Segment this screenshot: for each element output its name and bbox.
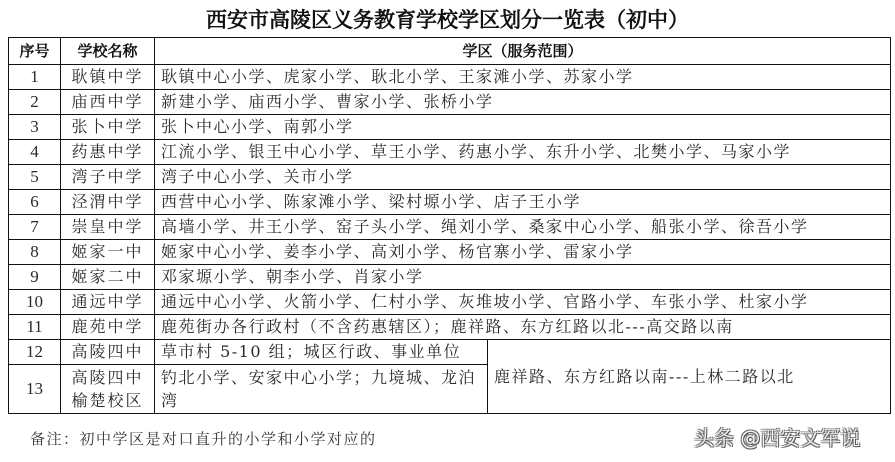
service-range: 草市村 5-10 组；城区行政、事业单位	[155, 340, 488, 365]
footnote: 备注：初中学区是对口直升的小学和小学对应的	[30, 428, 377, 449]
table-row: 5 湾子中学 湾子中心小学、关市小学	[9, 165, 891, 190]
row-number: 5	[9, 165, 61, 190]
row-number: 9	[9, 265, 61, 290]
table-row: 7 崇皇中学 高墙小学、井王小学、窑子头小学、绳刘小学、桑家中心小学、船张小学、…	[9, 215, 891, 240]
merged-service-range: 鹿祥路、东方红路以南---上林二路以北	[488, 340, 891, 414]
table-header-row: 序号 学校名称 学区（服务范围）	[9, 38, 891, 65]
school-name: 耿镇中学	[61, 65, 155, 90]
school-name: 通远中学	[61, 290, 155, 315]
school-name: 姬家二中	[61, 265, 155, 290]
table-row: 12 高陵四中 草市村 5-10 组；城区行政、事业单位 鹿祥路、东方红路以南-…	[9, 340, 891, 365]
service-range: 钓北小学、安家中心小学；九境城、龙泊湾	[155, 365, 488, 414]
school-name: 姬家一中	[61, 240, 155, 265]
row-number: 7	[9, 215, 61, 240]
row-number: 11	[9, 315, 61, 340]
school-name: 庙西中学	[61, 90, 155, 115]
school-name: 高陵四中	[61, 340, 155, 365]
school-name: 崇皇中学	[61, 215, 155, 240]
table-row: 2 庙西中学 新建小学、庙西小学、曹家小学、张桥小学	[9, 90, 891, 115]
table-row: 11 鹿苑中学 鹿苑街办各行政村（不含药惠辖区）；鹿祥路、东方红路以北---高交…	[9, 315, 891, 340]
service-range: 通远中心小学、火箭小学、仁村小学、灰堆坡小学、官路小学、车张小学、杜家小学	[155, 290, 891, 315]
watermark: 头条 @西安文军说	[694, 422, 860, 451]
row-number: 6	[9, 190, 61, 215]
service-range: 张卜中心小学、南郭小学	[155, 115, 891, 140]
table-row: 10 通远中学 通远中心小学、火箭小学、仁村小学、灰堆坡小学、官路小学、车张小学…	[9, 290, 891, 315]
row-number: 12	[9, 340, 61, 365]
table-row: 3 张卜中学 张卜中心小学、南郭小学	[9, 115, 891, 140]
page-title: 西安市高陵区义务教育学校学区划分一览表（初中）	[0, 4, 895, 34]
table-row: 1 耿镇中学 耿镇中心小学、虎家小学、耿北小学、王家滩小学、苏家小学	[9, 65, 891, 90]
header-service-range: 学区（服务范围）	[155, 38, 891, 65]
table-row: 4 药惠中学 江流小学、银王中心小学、草王小学、药惠小学、东升小学、北樊小学、马…	[9, 140, 891, 165]
header-number: 序号	[9, 38, 61, 65]
row-number: 2	[9, 90, 61, 115]
service-range: 湾子中心小学、关市小学	[155, 165, 891, 190]
service-range: 高墙小学、井王小学、窑子头小学、绳刘小学、桑家中心小学、船张小学、徐吾小学	[155, 215, 891, 240]
service-range: 新建小学、庙西小学、曹家小学、张桥小学	[155, 90, 891, 115]
row-number: 10	[9, 290, 61, 315]
service-range: 江流小学、银王中心小学、草王小学、药惠小学、东升小学、北樊小学、马家小学	[155, 140, 891, 165]
service-range: 邓家塬小学、朝李小学、肖家小学	[155, 265, 891, 290]
service-range: 西营中心小学、陈家滩小学、梁村塬小学、店子王小学	[155, 190, 891, 215]
row-number: 3	[9, 115, 61, 140]
school-name: 泾渭中学	[61, 190, 155, 215]
table-row: 8 姬家一中 姬家中心小学、姜李小学、高刘小学、杨官寨小学、雷家小学	[9, 240, 891, 265]
service-range: 耿镇中心小学、虎家小学、耿北小学、王家滩小学、苏家小学	[155, 65, 891, 90]
row-number: 1	[9, 65, 61, 90]
row-number: 13	[9, 365, 61, 414]
service-range: 姬家中心小学、姜李小学、高刘小学、杨官寨小学、雷家小学	[155, 240, 891, 265]
table-row: 9 姬家二中 邓家塬小学、朝李小学、肖家小学	[9, 265, 891, 290]
table-row: 6 泾渭中学 西营中心小学、陈家滩小学、梁村塬小学、店子王小学	[9, 190, 891, 215]
school-name: 湾子中学	[61, 165, 155, 190]
school-name: 张卜中学	[61, 115, 155, 140]
school-name: 药惠中学	[61, 140, 155, 165]
service-range: 鹿苑街办各行政村（不含药惠辖区）；鹿祥路、东方红路以北---高交路以南	[155, 315, 891, 340]
row-number: 8	[9, 240, 61, 265]
header-school-name: 学校名称	[61, 38, 155, 65]
school-district-table: 序号 学校名称 学区（服务范围） 1 耿镇中学 耿镇中心小学、虎家小学、耿北小学…	[8, 37, 891, 414]
school-name: 鹿苑中学	[61, 315, 155, 340]
school-name: 高陵四中榆楚校区	[61, 365, 155, 414]
row-number: 4	[9, 140, 61, 165]
